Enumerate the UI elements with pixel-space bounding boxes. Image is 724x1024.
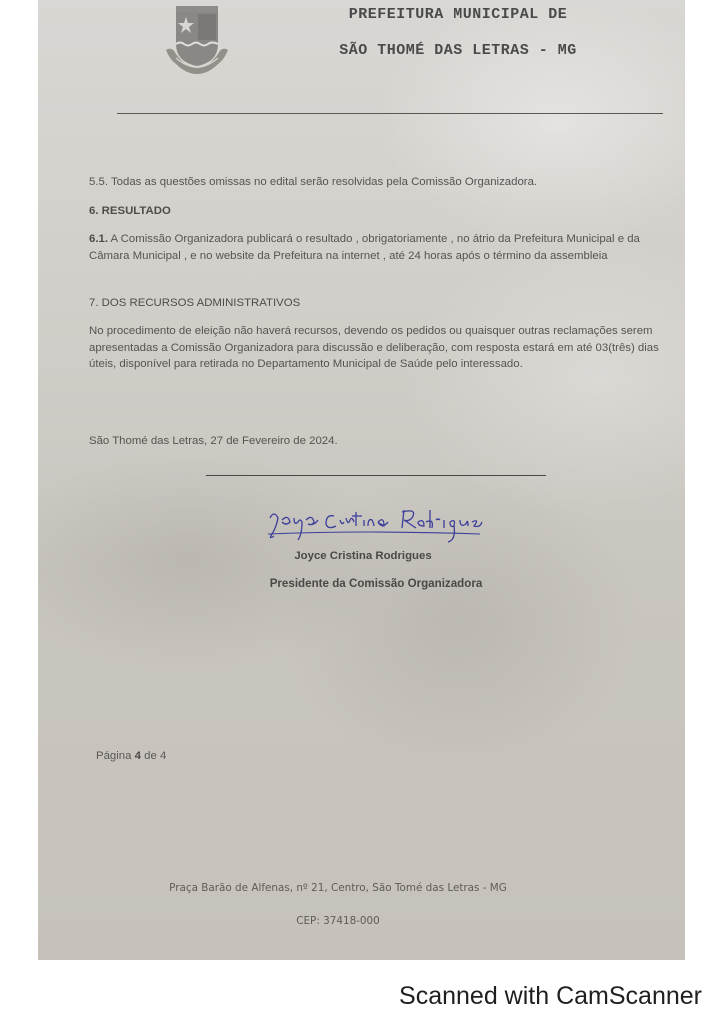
date-line: São Thomé das Letras, 27 de Fevereiro de… [89, 433, 338, 450]
footer-address: Praça Barão de Alfenas, nº 21, Centro, S… [138, 882, 538, 894]
item-6-1: 6.1. A Comissão Organizadora publicará o… [89, 231, 669, 264]
page-prefix: Página [96, 750, 135, 762]
page-number: Página 4 de 4 [96, 750, 166, 762]
page-separator: de [141, 750, 160, 762]
scanned-page: PREFEITURA MUNICIPAL DE SÃO THOMÉ DAS LE… [38, 0, 685, 960]
municipal-crest-icon [162, 4, 232, 76]
header-divider [117, 113, 663, 114]
header-title-line1: PREFEITURA MUNICIPAL DE [288, 6, 628, 23]
handwritten-signature [264, 504, 484, 546]
footer-cep: CEP: 37418-000 [138, 915, 538, 927]
header-title-line2: SÃO THOMÉ DAS LETRAS - MG [288, 42, 628, 59]
section-6-heading: 6. RESULTADO [89, 203, 171, 220]
signature-line [206, 475, 546, 476]
camscanner-watermark: Scanned with CamScanner [399, 982, 702, 1011]
item-5-5: 5.5. Todas as questões omissas no edital… [89, 174, 537, 191]
section-7-heading: 7. DOS RECURSOS ADMINISTRATIVOS [89, 295, 300, 312]
section-7-paragraph: No procedimento de eleição não haverá re… [89, 323, 669, 373]
page-total: 4 [160, 750, 166, 762]
item-6-1-label: 6.1. [89, 233, 108, 245]
signatory-name: Joyce Cristina Rodrigues [268, 550, 458, 562]
signatory-role: Presidente da Comissão Organizadora [228, 577, 524, 590]
item-6-1-text: A Comissão Organizadora publicará o resu… [89, 233, 640, 262]
